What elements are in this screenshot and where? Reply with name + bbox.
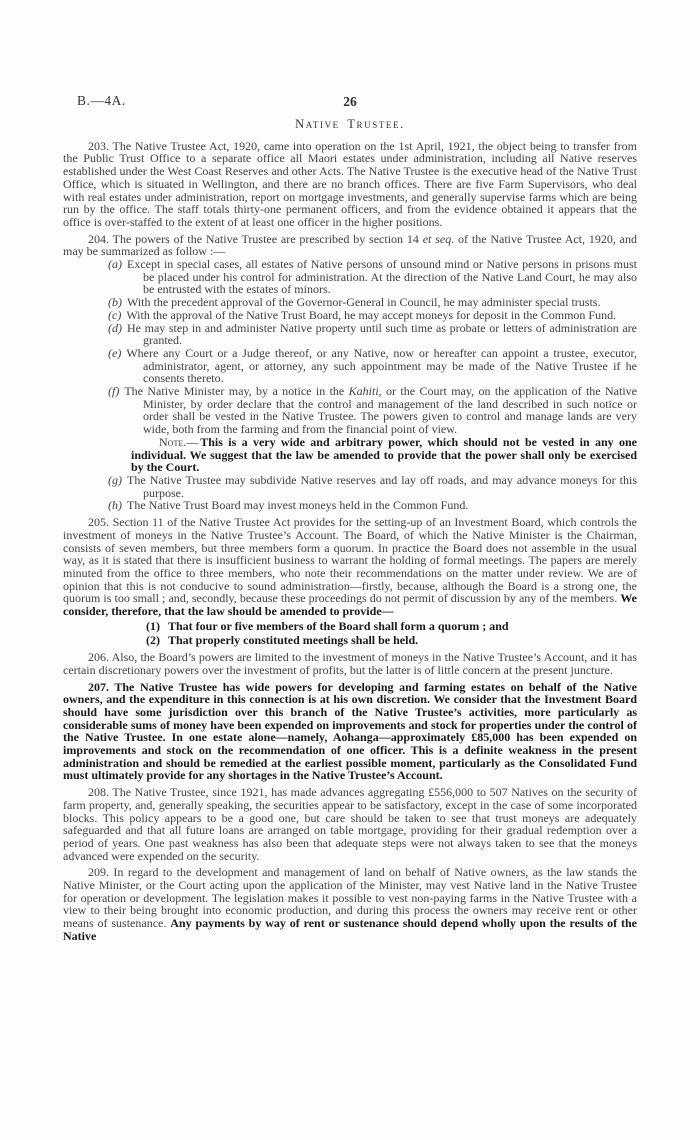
paragraph-203: 203. The Native Trustee Act, 1920, came … (63, 140, 637, 229)
list-item-a-label: (a) (108, 257, 122, 271)
numbered-item-1-label: (1) (146, 619, 160, 633)
list-item-d: (d)He may step in and administer Native … (63, 322, 637, 347)
list-item-c-label: (c) (108, 308, 121, 322)
document-page: B.—4A. 26 Native Trustee. 203. The Nativ… (0, 0, 700, 1140)
paragraph-207: 207. The Native Trustee has wide powers … (63, 681, 637, 783)
note-block: Note.—This is a very wide and arbitrary … (63, 436, 637, 474)
list-item-g-label: (g) (108, 473, 122, 487)
page-number: 26 (63, 96, 637, 109)
list-item-d-label: (d) (108, 321, 122, 335)
list-item-f: (f)The Native Minister may, by a notice … (63, 385, 637, 436)
numbered-item-2-label: (2) (146, 633, 160, 647)
paragraph-209: 209. In regard to the development and ma… (63, 866, 637, 942)
paragraph-208: 208. The Native Trustee, since 1921, has… (63, 786, 637, 862)
section-title: Native Trustee. (63, 118, 637, 131)
list-item-h: (h)The Native Trust Board may invest mon… (63, 499, 637, 512)
document-body: 203. The Native Trustee Act, 1920, came … (63, 140, 637, 943)
list-item-e-label: (e) (108, 346, 121, 360)
numbered-item-2: (2)That properly constituted meetings sh… (63, 634, 637, 647)
paragraph-204: 204. The powers of the Native Trustee ar… (63, 233, 637, 258)
list-item-f-label: (f) (108, 384, 119, 398)
list-item-e: (e)Where any Court or a Judge thereof, o… (63, 347, 637, 385)
list-item-g: (g)The Native Trustee may subdivide Nati… (63, 474, 637, 499)
page-header: B.—4A. 26 (63, 95, 637, 111)
list-item-h-label: (h) (108, 498, 122, 512)
list-item-a: (a)Except in special cases, all estates … (63, 258, 637, 296)
paragraph-205: 205. Section 11 of the Native Trustee Ac… (63, 516, 637, 618)
paragraph-206: 206. Also, the Board’s powers are limite… (63, 651, 637, 676)
numbered-item-1: (1)That four or five members of the Boar… (63, 620, 637, 633)
